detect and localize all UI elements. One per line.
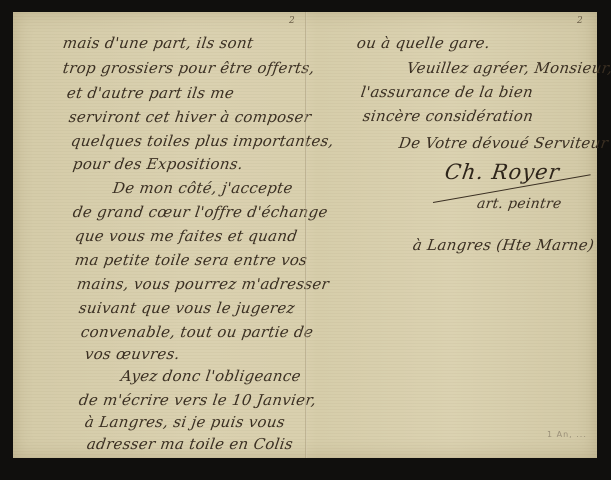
signer-title: art. peintre: [476, 196, 563, 212]
text-line: adresser ma toile en Colis: [86, 435, 294, 453]
text-line: De mon côté, j'accepte: [112, 179, 294, 197]
text-line: vos œuvres.: [84, 345, 181, 363]
text-line: ou à quelle gare.: [356, 34, 492, 52]
text-line: l'assurance de la bien: [360, 83, 535, 101]
page-number: 2: [289, 16, 295, 26]
signature: Ch. Royer: [443, 160, 561, 184]
text-line: sincère considération: [362, 107, 535, 125]
pencil-note: 1 An, ...: [547, 430, 587, 439]
text-line: Veuillez agréer, Monsieur,: [406, 59, 611, 77]
text-line: convenable, tout ou partie de: [80, 323, 315, 341]
letter-sheet: 2 mais d'une part, ils sont trop grossie…: [13, 12, 597, 458]
text-line: de grand cœur l'offre d'échange: [72, 203, 329, 221]
text-line: à Langres, si je puis vous: [84, 413, 286, 431]
text-line: quelques toiles plus importantes,: [70, 132, 335, 150]
text-line: suivant que vous le jugerez: [78, 299, 296, 317]
left-page: 2 mais d'une part, ils sont trop grossie…: [13, 12, 305, 458]
page-number: 2: [577, 16, 583, 26]
text-line: et d'autre part ils me: [66, 84, 236, 102]
closing-line: De Votre dévoué Serviteur: [398, 134, 610, 152]
text-line: serviront cet hiver à composer: [68, 108, 313, 126]
text-line: Ayez donc l'obligeance: [120, 367, 302, 385]
text-line: que vous me faites et quand: [74, 227, 299, 245]
text-line: pour des Expositions.: [72, 155, 245, 173]
text-line: mains, vous pourrez m'adresser: [76, 275, 331, 293]
text-line: de m'écrire vers le 10 Janvier,: [78, 391, 318, 409]
text-line: trop grossiers pour être offerts,: [62, 59, 316, 77]
text-line: ma petite toile sera entre vos: [74, 251, 309, 269]
text-line: mais d'une part, ils sont: [62, 34, 255, 52]
address-line: à Langres (Hte Marne): [412, 236, 596, 254]
right-page: 2 ou à quelle gare. Veuillez agréer, Mon…: [307, 12, 597, 458]
